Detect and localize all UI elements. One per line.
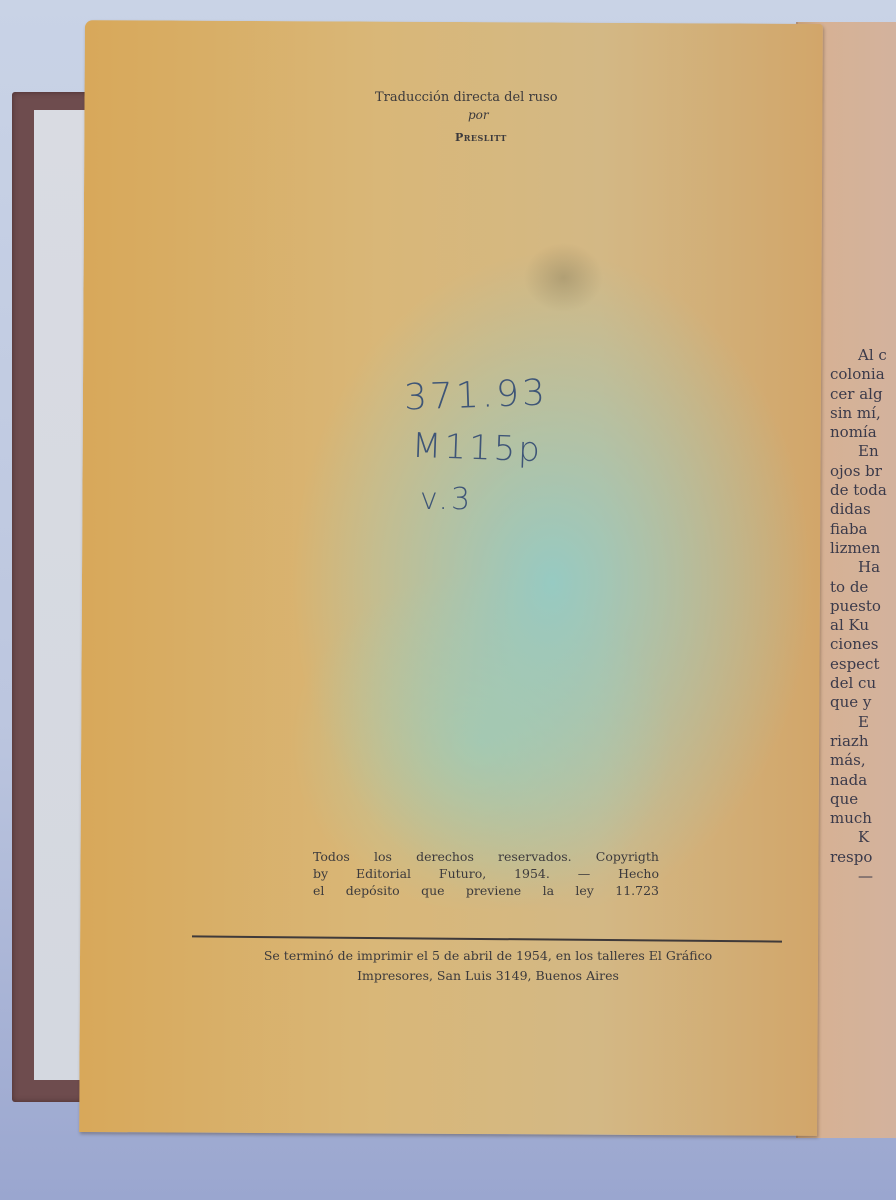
text-line: sin mí, <box>830 404 887 423</box>
text-line: ojos br <box>830 462 887 481</box>
right-page-text: Al c colonia cer alg sin mí, nomía En oj… <box>830 346 887 886</box>
copyright-line: Todos los derechos reservados. Copyrigth <box>313 848 659 865</box>
text-line: much <box>830 809 887 828</box>
copyright-line: by Editorial Futuro, 1954. — Hecho <box>313 865 659 882</box>
text-line: didas <box>830 500 887 519</box>
colophon: Se terminó de imprimir el 5 de abril de … <box>190 946 786 986</box>
translator-name: Preslitt <box>455 131 507 144</box>
translation-note: Traducción directa del ruso <box>375 90 558 105</box>
text-line: que y <box>830 693 887 712</box>
text-line: nada <box>830 771 887 790</box>
text-line: cer alg <box>830 385 887 404</box>
text-line: riazh <box>830 732 887 751</box>
copyright-notice: Todos los derechos reservados. Copyrigth… <box>313 848 659 899</box>
text-line: E <box>830 713 887 732</box>
text-line: respo <box>830 848 887 867</box>
call-number-class: 371.93 <box>403 373 548 419</box>
text-line: to de <box>830 578 887 597</box>
text-line: colonia <box>830 365 887 384</box>
text-line: fiaba <box>830 520 887 539</box>
colophon-line: Impresores, San Luis 3149, Buenos Aires <box>190 966 786 986</box>
by-line: por <box>468 108 489 122</box>
text-line: Al c <box>830 346 887 365</box>
text-line: puesto <box>830 597 887 616</box>
text-line: al Ku <box>830 616 887 635</box>
copyright-line: el depósito que previene la ley 11.723 <box>313 882 659 899</box>
text-line: que <box>830 790 887 809</box>
text-line: ciones <box>830 635 887 654</box>
text-line: más, <box>830 751 887 770</box>
text-line: de toda <box>830 481 887 500</box>
text-line: En <box>830 442 887 461</box>
colophon-line: Se terminó de imprimir el 5 de abril de … <box>190 946 786 966</box>
text-line: lizmen <box>830 539 887 558</box>
text-line: nomía <box>830 423 887 442</box>
call-number-cutter: M115p <box>411 426 543 471</box>
text-line: — <box>830 867 887 886</box>
call-number-volume: v.3 <box>420 482 473 517</box>
text-line: Ha <box>830 558 887 577</box>
text-line: K <box>830 828 887 847</box>
text-line: del cu <box>830 674 887 693</box>
text-line: espect <box>830 655 887 674</box>
